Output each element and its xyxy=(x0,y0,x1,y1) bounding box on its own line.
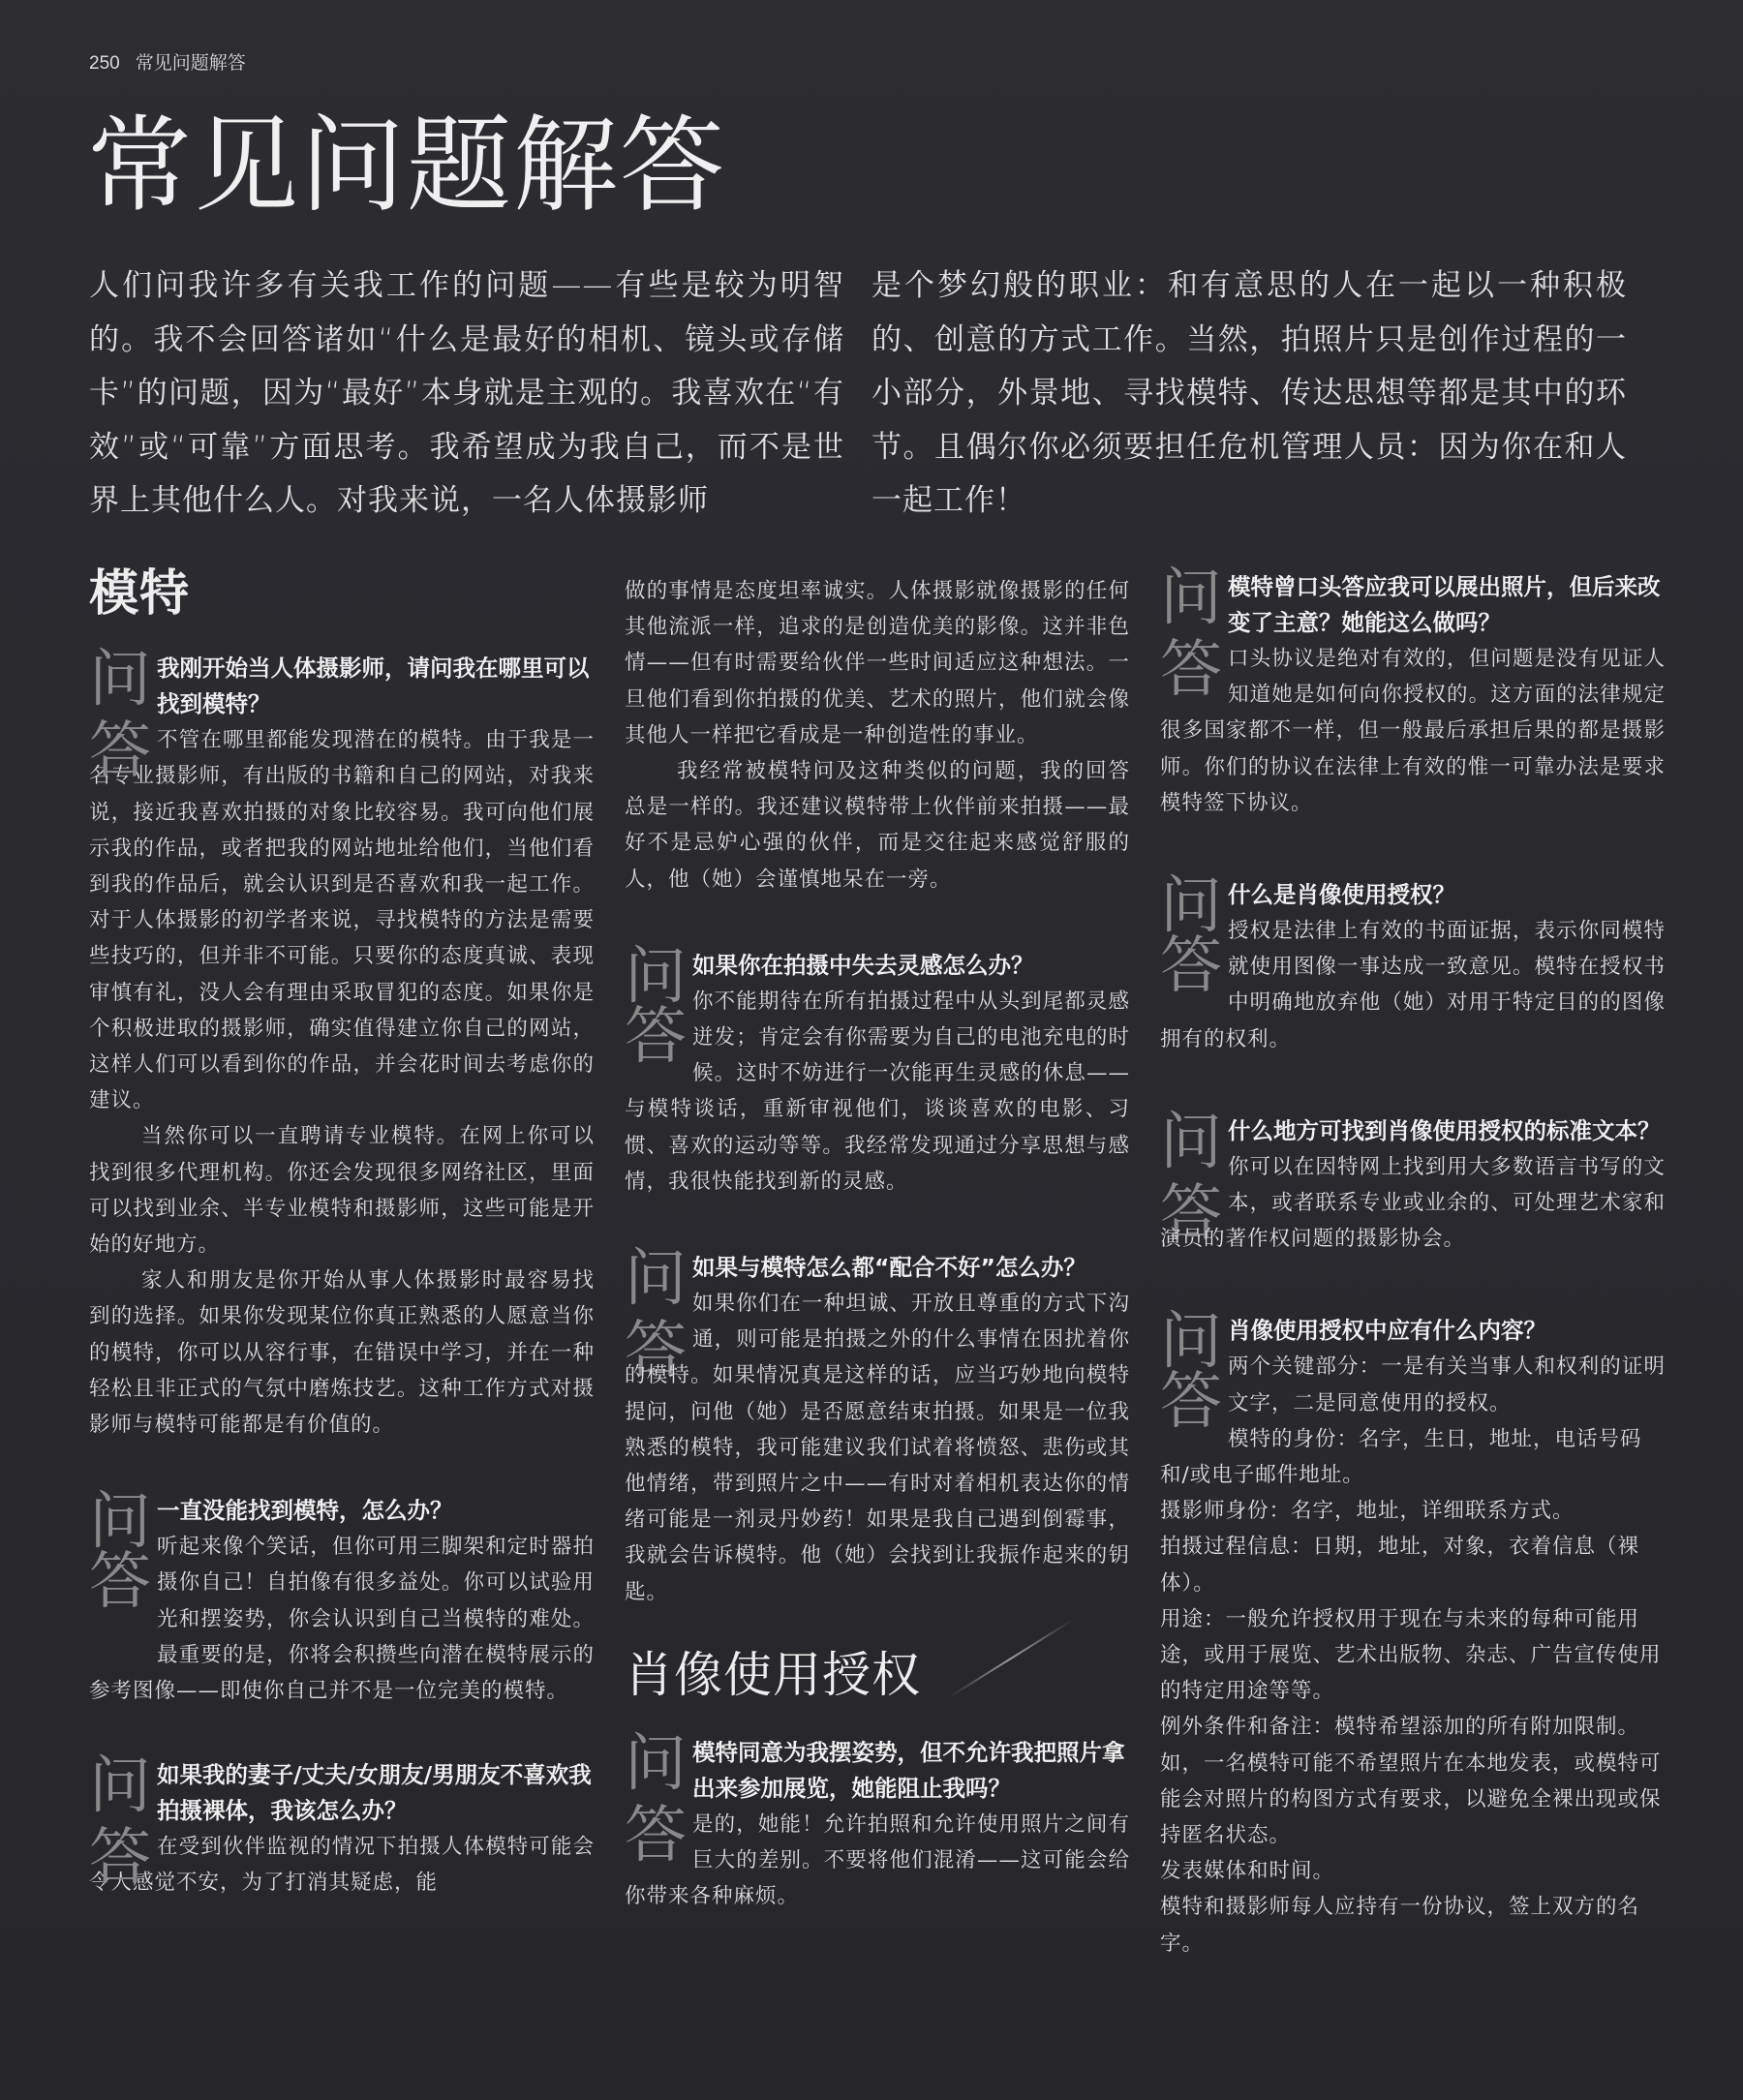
running-title: 常见问题解答 xyxy=(136,52,246,74)
release-item: 模特的身份：名字，生日，地址，电话号码和/或电子邮件地址。 xyxy=(1160,1421,1666,1493)
continued-paragraph: 做的事情是态度坦率诚实。人体摄影就像摄影的任何其他流派一样，追求的是创造优美的影… xyxy=(625,573,1130,753)
question-text: 模特曾口头答应我可以展出照片，但后来改变了主意？她能这么做吗？ xyxy=(1228,569,1666,641)
release-item: 发表媒体和时间。 xyxy=(1160,1853,1666,1889)
answer-text: 在受到伙伴监视的情况下拍摄人体模特可能会令人感觉不安，为了打消其疑虑，能 xyxy=(89,1829,595,1901)
qa-item: 问 答 肖像使用授权中应有什么内容？ 两个关键部分：一是有关当事人和权利的证明文… xyxy=(1160,1313,1666,1961)
intro-right: 是个梦幻般的职业：和有意思的人在一起以一种积极的、创意的方式工作。当然，拍照片只… xyxy=(871,259,1627,529)
qa-item: 问 答 一直没能找到模特，怎么办？ 听起来像个笑话，但你可用三脚架和定时器拍摄你… xyxy=(89,1493,595,1709)
page-title: 常见问题解答 xyxy=(87,114,726,219)
continued-paragraph: 我经常被模特问及这种类似的问题，我的回答总是一样的。我还建议模特带上伙伴前来拍摄… xyxy=(625,753,1130,898)
release-item: 摄影师身份：名字，地址，详细联系方式。 xyxy=(1160,1493,1666,1529)
question-text: 一直没能找到模特，怎么办？ xyxy=(157,1493,595,1529)
answer-text: 你可以在因特网上找到用大多数语言书写的文本，或者联系专业或业余的、可处理艺术家和… xyxy=(1160,1149,1666,1258)
answer-paragraph: 当然你可以一直聘请专业模特。在网上你可以找到很多代理机构。你还会发现很多网络社区… xyxy=(89,1118,595,1263)
qa-item: 问 答 如果与模特怎么都“配合不好”怎么办？ 如果你们在一种坦诚、开放且尊重的方… xyxy=(625,1250,1130,1610)
qa-item: 问 答 如果我的妻子/丈夫/女朋友/男朋友不喜欢我拍摄裸体，我该怎么办？ 在受到… xyxy=(89,1757,595,1901)
section-title-model-release: 肖像使用授权 xyxy=(625,1649,1130,1702)
question-text: 如果我的妻子/丈夫/女朋友/男朋友不喜欢我拍摄裸体，我该怎么办？ xyxy=(157,1757,595,1829)
qa-item: 问 答 模特同意为我摆姿势，但不允许我把照片拿出来参加展览，她能阻止我吗？ 是的… xyxy=(625,1735,1130,1915)
question-text: 模特同意为我摆姿势，但不允许我把照片拿出来参加展览，她能阻止我吗？ xyxy=(692,1735,1130,1807)
answer-mark-icon: 答 xyxy=(89,1827,151,1889)
question-text: 我刚开始当人体摄影师，请问我在哪里可以找到模特？ xyxy=(157,651,595,722)
release-item: 用途：一般允许授权用于现在与未来的每种可能用途，或用于展览、艺术出版物、杂志、广… xyxy=(1160,1601,1666,1710)
answer-text: 两个关键部分：一是有关当事人和权利的证明文字，二是同意使用的授权。 xyxy=(1160,1349,1666,1420)
answer-mark-icon: 答 xyxy=(89,720,151,782)
question-mark-icon: 问 xyxy=(1160,567,1222,629)
answer-text: 听起来像个笑话，但你可用三脚架和定时器拍摄你自己！自拍像有很多益处。你可以试验用… xyxy=(89,1529,595,1709)
column-1: 模特 问 答 我刚开始当人体摄影师，请问我在哪里可以找到模特？ 不管在哪里都能发… xyxy=(89,562,595,1958)
qa-item: 问 答 我刚开始当人体摄影师，请问我在哪里可以找到模特？ 不管在哪里都能发现潜在… xyxy=(89,651,595,1443)
release-item: 例外条件和备注：模特希望添加的所有附加限制。如，一名模特可能不希望照片在本地发表… xyxy=(1160,1709,1666,1853)
question-mark-icon: 问 xyxy=(89,1755,151,1817)
column-3: 问 答 模特曾口头答应我可以展出照片，但后来改变了主意？她能这么做吗？ 口头协议… xyxy=(1160,569,1666,2018)
answer-text: 如果你们在一种坦诚、开放且尊重的方式下沟通，则可能是拍摄之外的什么事情在困扰着你… xyxy=(625,1286,1130,1610)
running-header: 250 常见问题解答 xyxy=(89,48,246,75)
question-mark-icon: 问 xyxy=(625,1733,687,1795)
answer-text: 是的，她能！允许拍照和允许使用照片之间有巨大的差别。不要将他们混淆——这可能会给… xyxy=(625,1807,1130,1915)
qa-item: 问 答 如果你在拍摄中失去灵感怎么办？ 你不能期待在所有拍摄过程中从头到尾都灵感… xyxy=(625,948,1130,1200)
qa-item: 问 答 什么地方可找到肖像使用授权的标准文本？ 你可以在因特网上找到用大多数语言… xyxy=(1160,1113,1666,1258)
question-mark-icon: 问 xyxy=(89,649,151,711)
intro-left: 人们问我许多有关我工作的问题——有些是较为明智的。我不会回答诸如“什么是最好的相… xyxy=(89,259,844,529)
answer-text: 口头协议是绝对有效的，但问题是没有见证人知道她是如何向你授权的。这方面的法律规定… xyxy=(1160,641,1666,821)
question-text: 肖像使用授权中应有什么内容？ xyxy=(1228,1313,1666,1349)
section-title-models: 模特 xyxy=(89,567,595,622)
answer-text: 你不能期待在所有拍摄过程中从头到尾都灵感迸发；肯定会有你需要为自己的电池充电的时… xyxy=(625,984,1130,1200)
qa-item: 问 答 什么是肖像使用授权？ 授权是法律上有效的书面证据，表示你同模特就使用图像… xyxy=(1160,877,1666,1057)
column-2: 做的事情是态度坦率诚实。人体摄影就像摄影的任何其他流派一样，追求的是创造优美的影… xyxy=(625,573,1130,1970)
question-text: 什么地方可找到肖像使用授权的标准文本？ xyxy=(1228,1113,1666,1149)
release-item: 拍摄过程信息：日期，地址，对象，衣着信息（裸体）。 xyxy=(1160,1529,1666,1600)
answer-paragraph: 家人和朋友是你开始从事人体摄影时最容易找到的选择。如果你发现某位你真正熟悉的人愿… xyxy=(89,1263,595,1443)
qa-item: 问 答 模特曾口头答应我可以展出照片，但后来改变了主意？她能这么做吗？ 口头协议… xyxy=(1160,569,1666,821)
page-number: 250 xyxy=(89,53,120,74)
answer-text: 授权是法律上有效的书面证据，表示你同模特就使用图像一事达成一致意见。模特在授权书… xyxy=(1160,913,1666,1057)
release-item: 模特和摄影师每人应持有一份协议，签上双方的名字。 xyxy=(1160,1889,1666,1961)
question-text: 如果你在拍摄中失去灵感怎么办？ xyxy=(692,948,1130,984)
question-text: 什么是肖像使用授权？ xyxy=(1228,877,1666,913)
answer-text: 不管在哪里都能发现潜在的模特。由于我是一名专业摄影师，有出版的书籍和自己的网站，… xyxy=(89,722,595,1118)
question-text: 如果与模特怎么都“配合不好”怎么办？ xyxy=(692,1250,1130,1286)
intro: 人们问我许多有关我工作的问题——有些是较为明智的。我不会回答诸如“什么是最好的相… xyxy=(89,259,1629,529)
